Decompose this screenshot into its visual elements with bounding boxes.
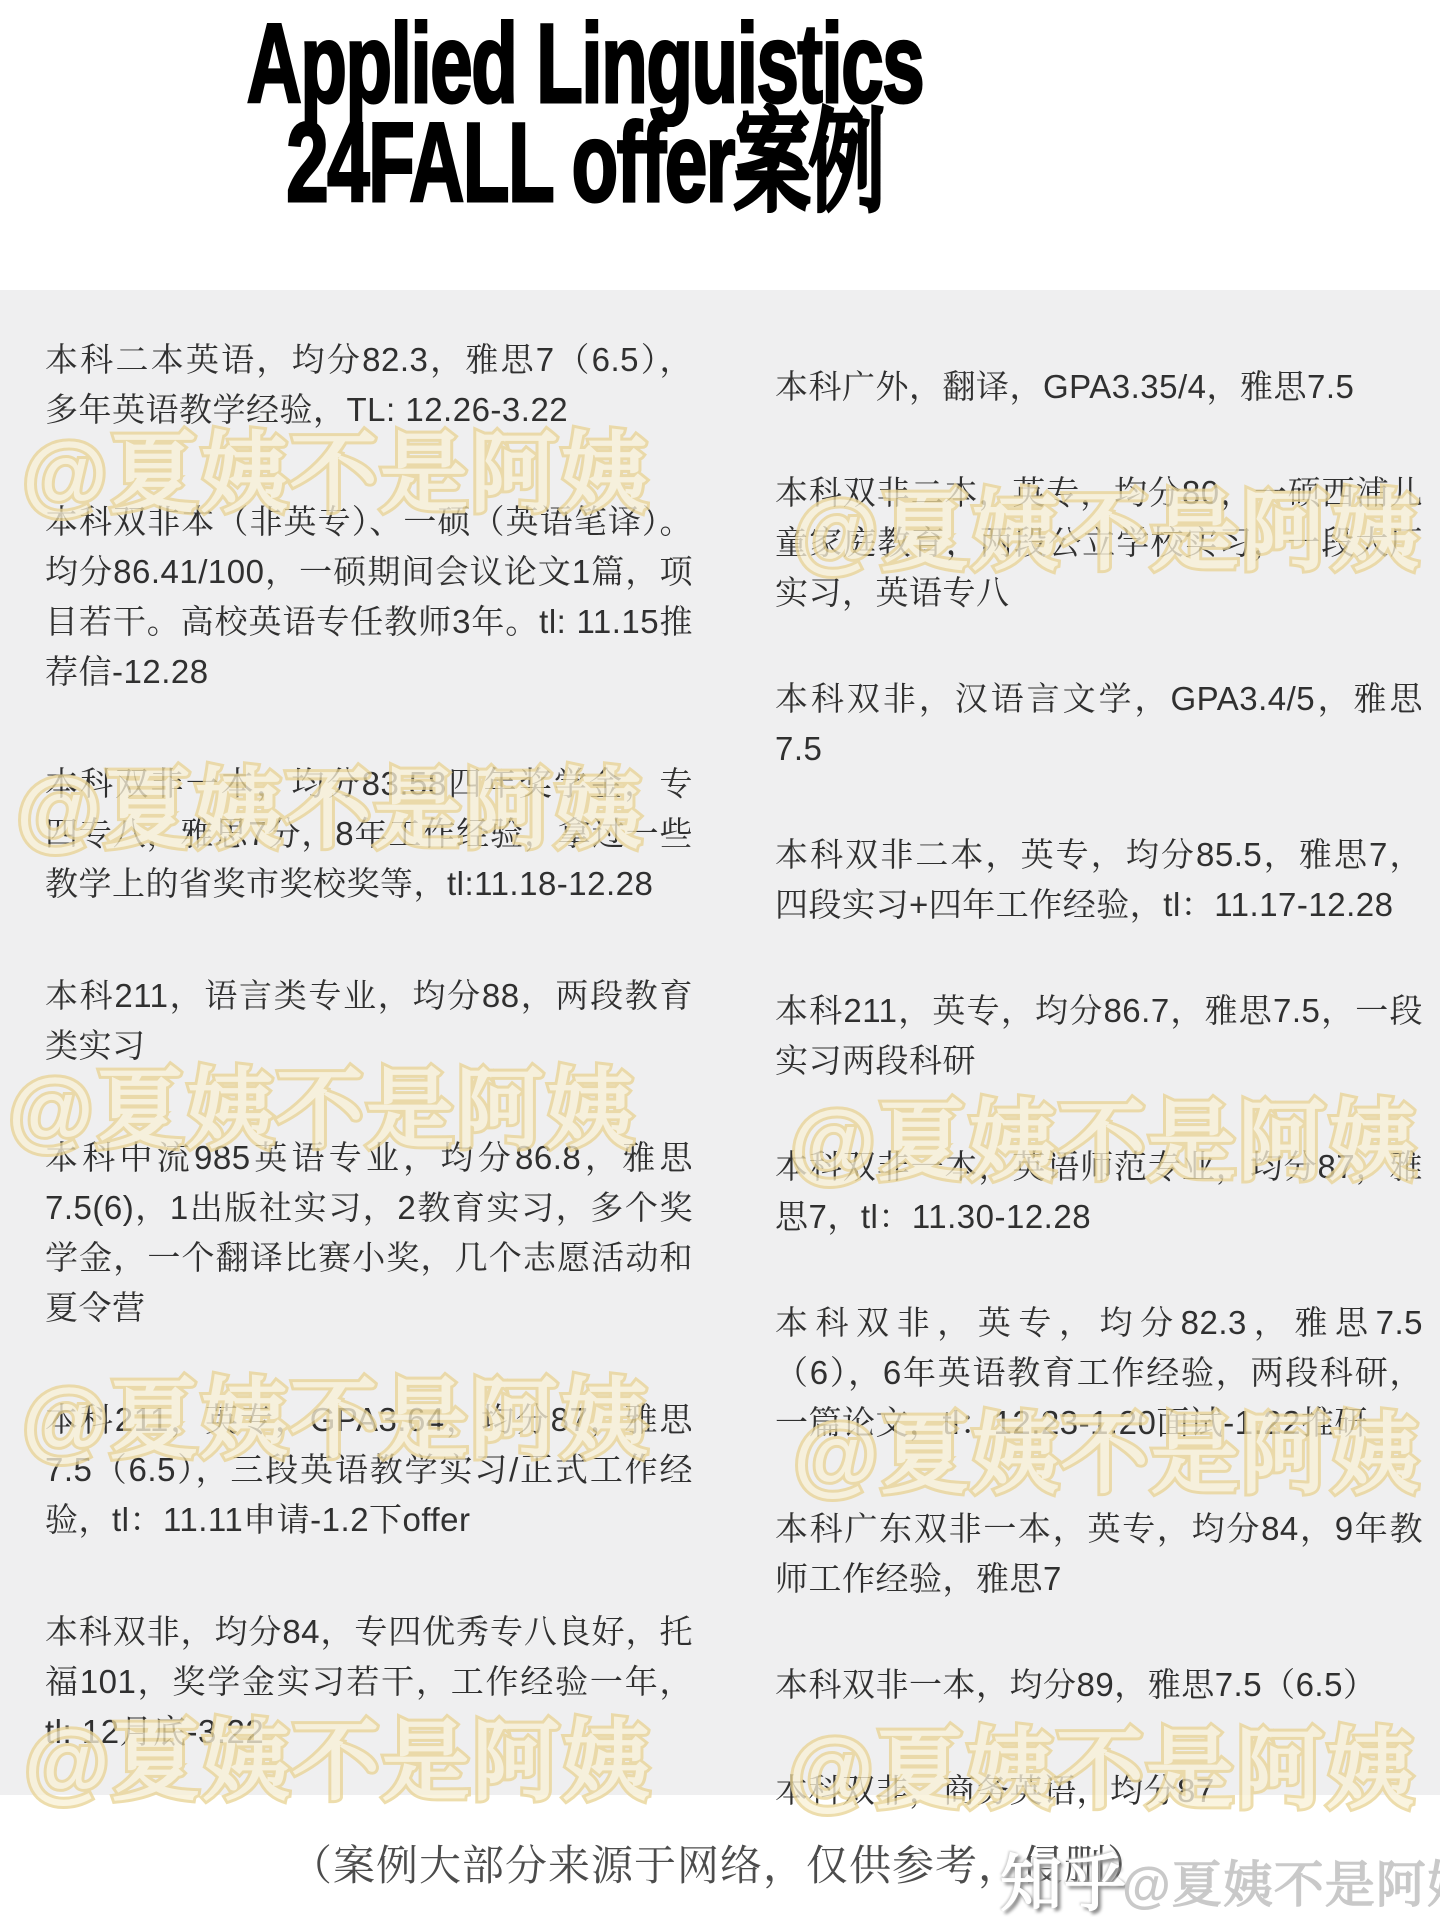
case-item: 本科双非本（非英专）、一硕（英语笔译）。均分86.41/100，一硕期间会议论文… (45, 497, 693, 697)
case-item: 本科双非一本，均分89，雅思7.5（6.5） (775, 1660, 1423, 1710)
case-item: 本科双非二本，英专，均分80，一硕西浦儿童家庭教育，两段公立学校实习，一段大厂实… (775, 468, 1423, 618)
case-item: 本科双非一本，英语师范专业，均分87，雅思7，tl：11.30-12.28 (775, 1142, 1423, 1242)
case-item: 本科广东双非一本，英专，均分84，9年教师工作经验，雅思7 (775, 1504, 1423, 1604)
page-title-line-2: 24FALL offer案例 (187, 113, 983, 212)
case-item: 本科广外，翻译，GPA3.35/4，雅思7.5 (775, 362, 1423, 412)
zhihu-logo: 知乎 (1000, 1834, 1128, 1917)
case-item: 本科双非，英专，均分82.3，雅思7.5（6），6年英语教育工作经验，两段科研，… (775, 1298, 1423, 1448)
case-item: 本科二本英语，均分82.3，雅思7（6.5），多年英语教学经验，TL: 12.2… (45, 335, 693, 435)
case-item: 本科中流985英语专业，均分86.8，雅思7.5(6)，1出版社实习，2教育实习… (45, 1133, 693, 1333)
page-title-line-1: Applied Linguistics (187, 14, 983, 113)
case-item: 本科双非，商务英语，均分87 (775, 1766, 1423, 1816)
case-item: 本科211，语言类专业，均分88，两段教育类实习 (45, 971, 693, 1071)
page-title: Applied Linguistics 24FALL offer案例 (0, 14, 1170, 212)
case-item: 本科211，英专，均分86.7，雅思7.5，一段实习两段科研 (775, 986, 1423, 1086)
case-item: 本科211，英专，GPA3.64，均分87，雅思7.5（6.5），三段英语教学实… (45, 1395, 693, 1545)
cases-column-right: 本科广外，翻译，GPA3.35/4，雅思7.5 本科双非二本，英专，均分80，一… (775, 362, 1423, 1816)
case-item: 本科双非，均分84，专四优秀专八良好，托福101，奖学金实习若干，工作经验一年，… (45, 1607, 693, 1757)
case-item: 本科双非二本，英专，均分85.5，雅思7，四段实习+四年工作经验，tl：11.1… (775, 830, 1423, 930)
offer-cases-infographic: { "title": { "line1": "Applied Linguisti… (0, 0, 1440, 1917)
case-item: 本科双非一本，均分83.58四年奖学金，专四专八，雅思7分，8年工作经验，拿过一… (45, 759, 693, 909)
cases-column-left: 本科二本英语，均分82.3，雅思7（6.5），多年英语教学经验，TL: 12.2… (45, 335, 693, 1757)
credit-handle: @夏姨不是阿姨 (1122, 1845, 1440, 1917)
case-item: 本科双非，汉语言文学，GPA3.4/5，雅思7.5 (775, 674, 1423, 774)
